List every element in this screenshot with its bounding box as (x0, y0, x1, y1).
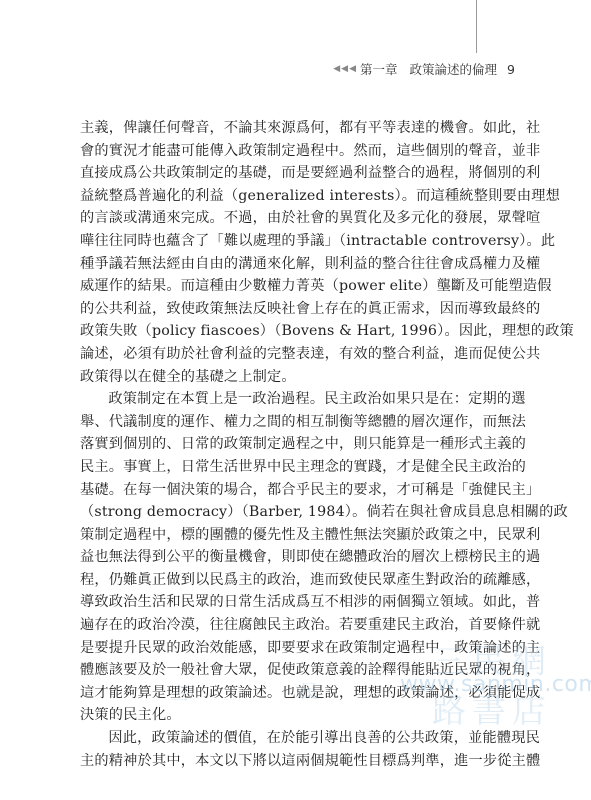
text-line: 政策制定在本質上是一政治過程。民主政治如果只是在：定期的選 (80, 388, 514, 411)
paragraph: 因此，政策論述的價值，在於能引導出良善的公共政策，並能體現民主的精神於其中，本文… (80, 727, 514, 772)
header-vertical-rule (476, 0, 477, 53)
paragraph: 主義，俾讓任何聲音，不論其來源爲何，都有平等表達的機會。如此，社會的實況才能盡可… (80, 117, 514, 388)
text-line: 政策得以在健全的基礎之上制定。 (80, 366, 514, 389)
text-line: 主義，俾讓任何聲音，不論其來源爲何，都有平等表達的機會。如此，社 (80, 117, 514, 140)
text-line: 論述，必須有助於社會利益的完整表達，有效的整合利益，進而促使公共 (80, 343, 514, 366)
text-line: 益也無法得到公平的衡量機會，則即使在總體政治的層次上標榜民主的過 (80, 546, 514, 569)
chapter-title: 政策論述的倫理 (410, 60, 498, 78)
text-line: 威運作的結果。而這種由少數權力菁英（power elite）壟斷及可能塑造假 (80, 275, 514, 298)
text-line: 落實到個別的、日常的政策制定過程之中，則只能算是一種形式主義的 (80, 433, 514, 456)
text-line: 導致政治生活和民眾的日常生活成爲互不相涉的兩個獨立領域。如此，普 (80, 591, 514, 614)
triple-left-arrow-icon: ◀◀◀ (333, 64, 357, 74)
text-line: 直接成爲公共政策制定的基礎，而是要經過利益整合的過程，將個別的利 (80, 162, 514, 185)
paragraph: 政策制定在本質上是一政治過程。民主政治如果只是在：定期的選舉、代議制度的運作、權… (80, 388, 514, 727)
text-line: 遍存在的政治冷漠，往往腐蝕民主政治。若要重建民主政治，首要條件就 (80, 614, 514, 637)
text-line: 決策的民主化。 (80, 704, 514, 727)
text-line: 基礎。在每一個決策的場合，都合乎民主的要求，才可稱是「強健民主」 (80, 479, 514, 502)
text-line: 舉、代議制度的運作、權力之間的相互制衡等總體的層次運作，而無法 (80, 411, 514, 434)
text-line: 會的實況才能盡可能傳入政策制定過程中。然而，這些個別的聲音，並非 (80, 140, 514, 163)
chapter-label: 第一章 (360, 60, 398, 78)
page-number: 9 (507, 62, 515, 77)
text-line: （strong democracy）（Barber, 1984）。倘若在與社會成… (80, 501, 514, 524)
text-line: 政策失敗（policy fiascoes）（Bovens & Hart, 199… (80, 320, 514, 343)
text-line: 的公共利益，致使政策無法反映社會上存在的眞正需求，因而導致最終的 (80, 298, 514, 321)
text-line: 體應該要及於一般社會大眾，促使政策意義的詮釋得能貼近民眾的視角， (80, 659, 514, 682)
text-line: 策制定過程中，標的團體的優先性及主體性無法突顯於政策之中，民眾利 (80, 524, 514, 547)
running-header: ◀◀◀ 第一章 政策論述的倫理 9 (333, 60, 515, 78)
text-line: 嘩往往同時也蘊含了「難以處理的爭議」（intractable controver… (80, 230, 514, 253)
text-line: 益統整爲普遍化的利益（generalized interests）。而這種統整則… (80, 185, 514, 208)
text-line: 民主。事實上，日常生活世界中民主理念的實踐，才是健全民主政治的 (80, 456, 514, 479)
text-line: 主的精神於其中，本文以下將以這兩個規範性目標爲判準，進一步從主體 (80, 750, 514, 773)
text-line: 程，仍難眞正做到以民爲主的政治，進而致使民眾產生對政治的疏離感， (80, 569, 514, 592)
body-text: 主義，俾讓任何聲音，不論其來源爲何，都有平等表達的機會。如此，社會的實況才能盡可… (80, 117, 514, 772)
text-line: 種爭議若無法經由自由的溝通來化解，則利益的整合往往會成爲權力及權 (80, 253, 514, 276)
text-line: 的言談或溝通來完成。不過，由於社會的異質化及多元化的發展，眾聲喧 (80, 207, 514, 230)
text-line: 因此，政策論述的價值，在於能引導出良善的公共政策，並能體現民 (80, 727, 514, 750)
text-line: 這才能夠算是理想的政策論述。也就是說，理想的政策論述，必須能促成 (80, 682, 514, 705)
text-line: 是要提升民眾的政治效能感，即要要求在政策制定過程中，政策論述的主 (80, 637, 514, 660)
